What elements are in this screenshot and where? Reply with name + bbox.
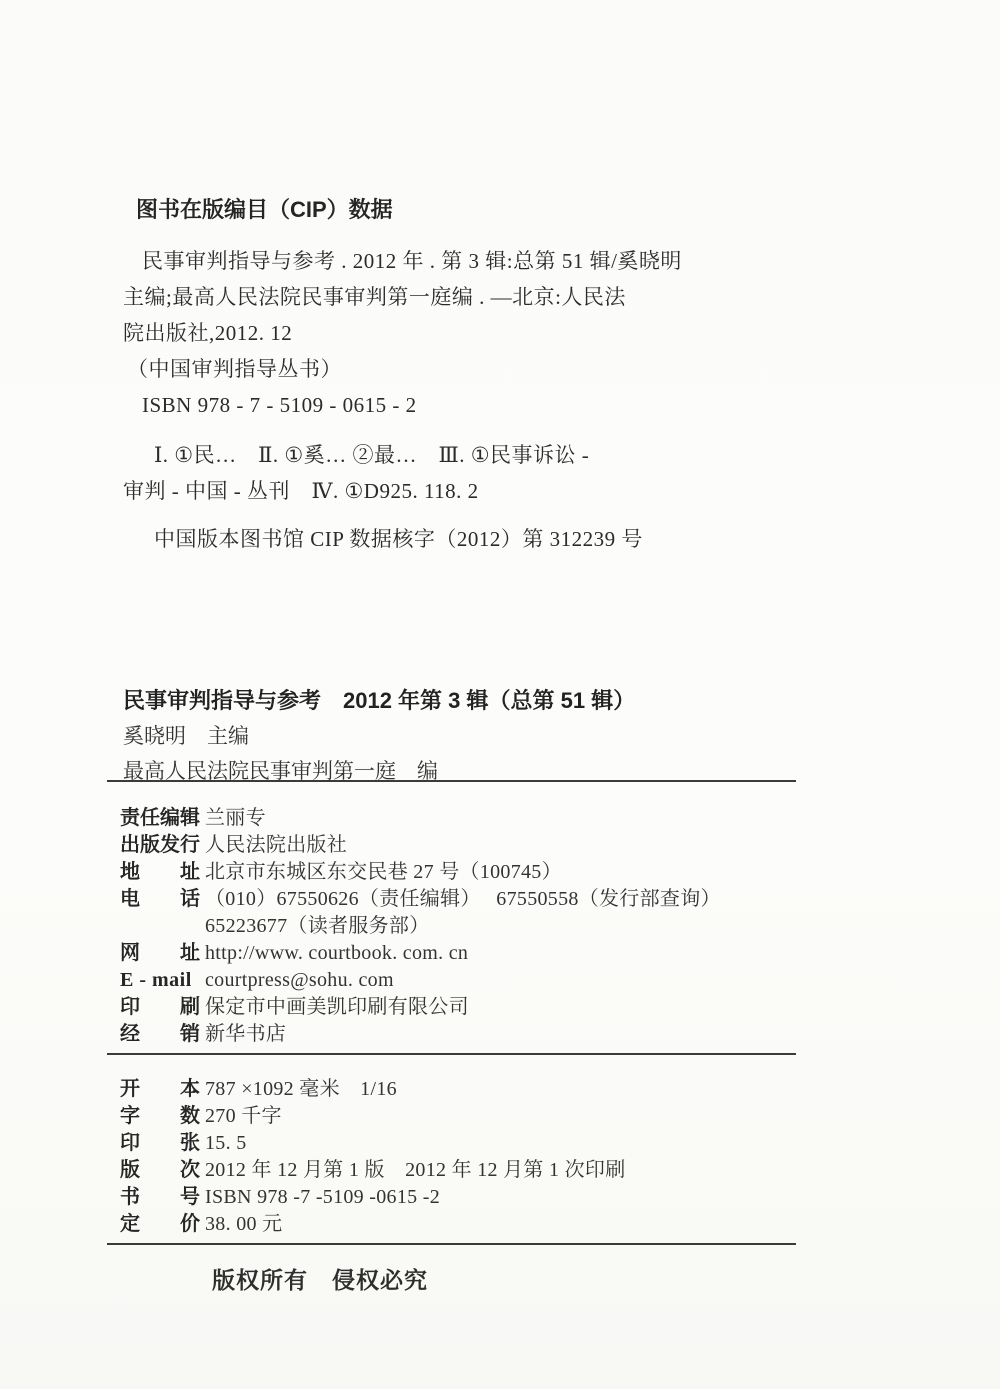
row-value: 北京市东城区东交民巷 27 号（100745） — [205, 859, 562, 886]
row-label: 网 址 — [120, 940, 205, 967]
address-row: 地 址 北京市东城区东交民巷 27 号（100745） — [120, 859, 860, 886]
price-row: 定 价 38. 00 元 — [120, 1211, 860, 1238]
email-row: E - mail courtpress@sohu. com — [120, 967, 860, 994]
word-count-row: 字 数 270 千字 — [120, 1103, 860, 1130]
cip-paragraph-line: 民事审判指导与参考 . 2012 年 . 第 3 辑:总第 51 辑/奚晓明 — [123, 243, 823, 279]
book-number-row: 书 号 ISBN 978 -7 -5109 -0615 -2 — [120, 1184, 860, 1211]
row-value: courtpress@sohu. com — [205, 967, 394, 994]
edition-row: 版 次 2012 年 12 月第 1 版 2012 年 12 月第 1 次印刷 — [120, 1157, 860, 1184]
cip-data-section: 图书在版编目（CIP）数据 民事审判指导与参考 . 2012 年 . 第 3 辑… — [123, 196, 823, 557]
publication-info-section: 责任编辑 兰丽专 出版发行 人民法院出版社 地 址 北京市东城区东交民巷 27 … — [120, 805, 860, 1048]
row-value: 新华书店 — [205, 1021, 286, 1048]
printed-sheets-row: 印 张 15. 5 — [120, 1130, 860, 1157]
title-block: 民事审判指导与参考 2012 年第 3 辑（总第 51 辑） 奚晓明 主编 最高… — [123, 686, 853, 786]
row-value: 787 ×1092 毫米 1/16 — [205, 1076, 397, 1103]
row-value: （010）67550626（责任编辑） 67550558（发行部查询） 6522… — [205, 886, 721, 940]
book-title: 民事审判指导与参考 2012 年第 3 辑（总第 51 辑） — [123, 686, 853, 716]
book-copyright-page: 图书在版编目（CIP）数据 民事审判指导与参考 . 2012 年 . 第 3 辑… — [0, 0, 1000, 1389]
row-value: 38. 00 元 — [205, 1211, 282, 1238]
row-value: 2012 年 12 月第 1 版 2012 年 12 月第 1 次印刷 — [205, 1157, 626, 1184]
format-row: 开 本 787 ×1092 毫米 1/16 — [120, 1076, 860, 1103]
cip-record: 中国版本图书馆 CIP 数据核字（2012）第 312239 号 — [123, 521, 823, 557]
row-label: 印 张 — [120, 1130, 205, 1157]
row-label: 书 号 — [120, 1184, 205, 1211]
row-label: 开 本 — [120, 1076, 205, 1103]
row-value: 15. 5 — [205, 1130, 247, 1157]
website-row: 网 址 http://www. courtbook. com. cn — [120, 940, 860, 967]
row-value: 人民法院出版社 — [205, 832, 347, 859]
row-label: 出版发行 — [120, 832, 205, 859]
print-spec-section: 开 本 787 ×1092 毫米 1/16 字 数 270 千字 印 张 15.… — [120, 1076, 860, 1238]
row-label: 定 价 — [120, 1211, 205, 1238]
cip-classification-line: 审判 - 中国 - 丛刊 Ⅳ. ①D925. 118. 2 — [123, 473, 823, 509]
phone-row: 电 话 （010）67550626（责任编辑） 67550558（发行部查询） … — [120, 886, 860, 940]
row-value: 兰丽专 — [205, 805, 266, 832]
row-value: 保定市中画美凯印刷有限公司 — [205, 994, 469, 1021]
row-label: 经 销 — [120, 1021, 205, 1048]
row-label: 地 址 — [120, 859, 205, 886]
cip-classification-line: Ⅰ. ①民… Ⅱ. ①奚… ②最… Ⅲ. ①民事诉讼 - — [123, 437, 823, 473]
divider-middle — [107, 1053, 796, 1055]
cip-series-note: （中国审判指导丛书） — [123, 351, 823, 387]
row-value: 270 千字 — [205, 1103, 282, 1130]
cip-isbn-line: ISBN 978 - 7 - 5109 - 0615 - 2 — [123, 387, 823, 423]
cip-paragraph: 民事审判指导与参考 . 2012 年 . 第 3 辑:总第 51 辑/奚晓明 主… — [123, 243, 823, 423]
responsible-editor-row: 责任编辑 兰丽专 — [120, 805, 860, 832]
row-label: 印 刷 — [120, 994, 205, 1021]
distributor-row: 经 销 新华书店 — [120, 1021, 860, 1048]
cip-paragraph-line: 院出版社,2012. 12 — [123, 315, 823, 351]
cip-classification: Ⅰ. ①民… Ⅱ. ①奚… ②最… Ⅲ. ①民事诉讼 - 审判 - 中国 - 丛… — [123, 437, 823, 509]
printer-row: 印 刷 保定市中画美凯印刷有限公司 — [120, 994, 860, 1021]
cip-record-line: 中国版本图书馆 CIP 数据核字（2012）第 312239 号 — [123, 521, 823, 557]
copyright-notice: 版权所有 侵权必究 — [212, 1265, 428, 1295]
row-label: 字 数 — [120, 1103, 205, 1130]
row-label: 责任编辑 — [120, 805, 205, 832]
row-label: E - mail — [120, 967, 205, 994]
row-label: 电 话 — [120, 886, 205, 913]
chief-editor-line: 奚晓明 主编 — [123, 722, 853, 751]
publisher-row: 出版发行 人民法院出版社 — [120, 832, 860, 859]
divider-bottom — [107, 1243, 796, 1245]
cip-paragraph-line: 主编;最高人民法院民事审判第一庭编 . —北京:人民法 — [123, 279, 823, 315]
cip-heading: 图书在版编目（CIP）数据 — [123, 196, 823, 223]
row-value: http://www. courtbook. com. cn — [205, 940, 468, 967]
divider-top — [107, 780, 796, 782]
row-value: ISBN 978 -7 -5109 -0615 -2 — [205, 1184, 440, 1211]
row-label: 版 次 — [120, 1157, 205, 1184]
